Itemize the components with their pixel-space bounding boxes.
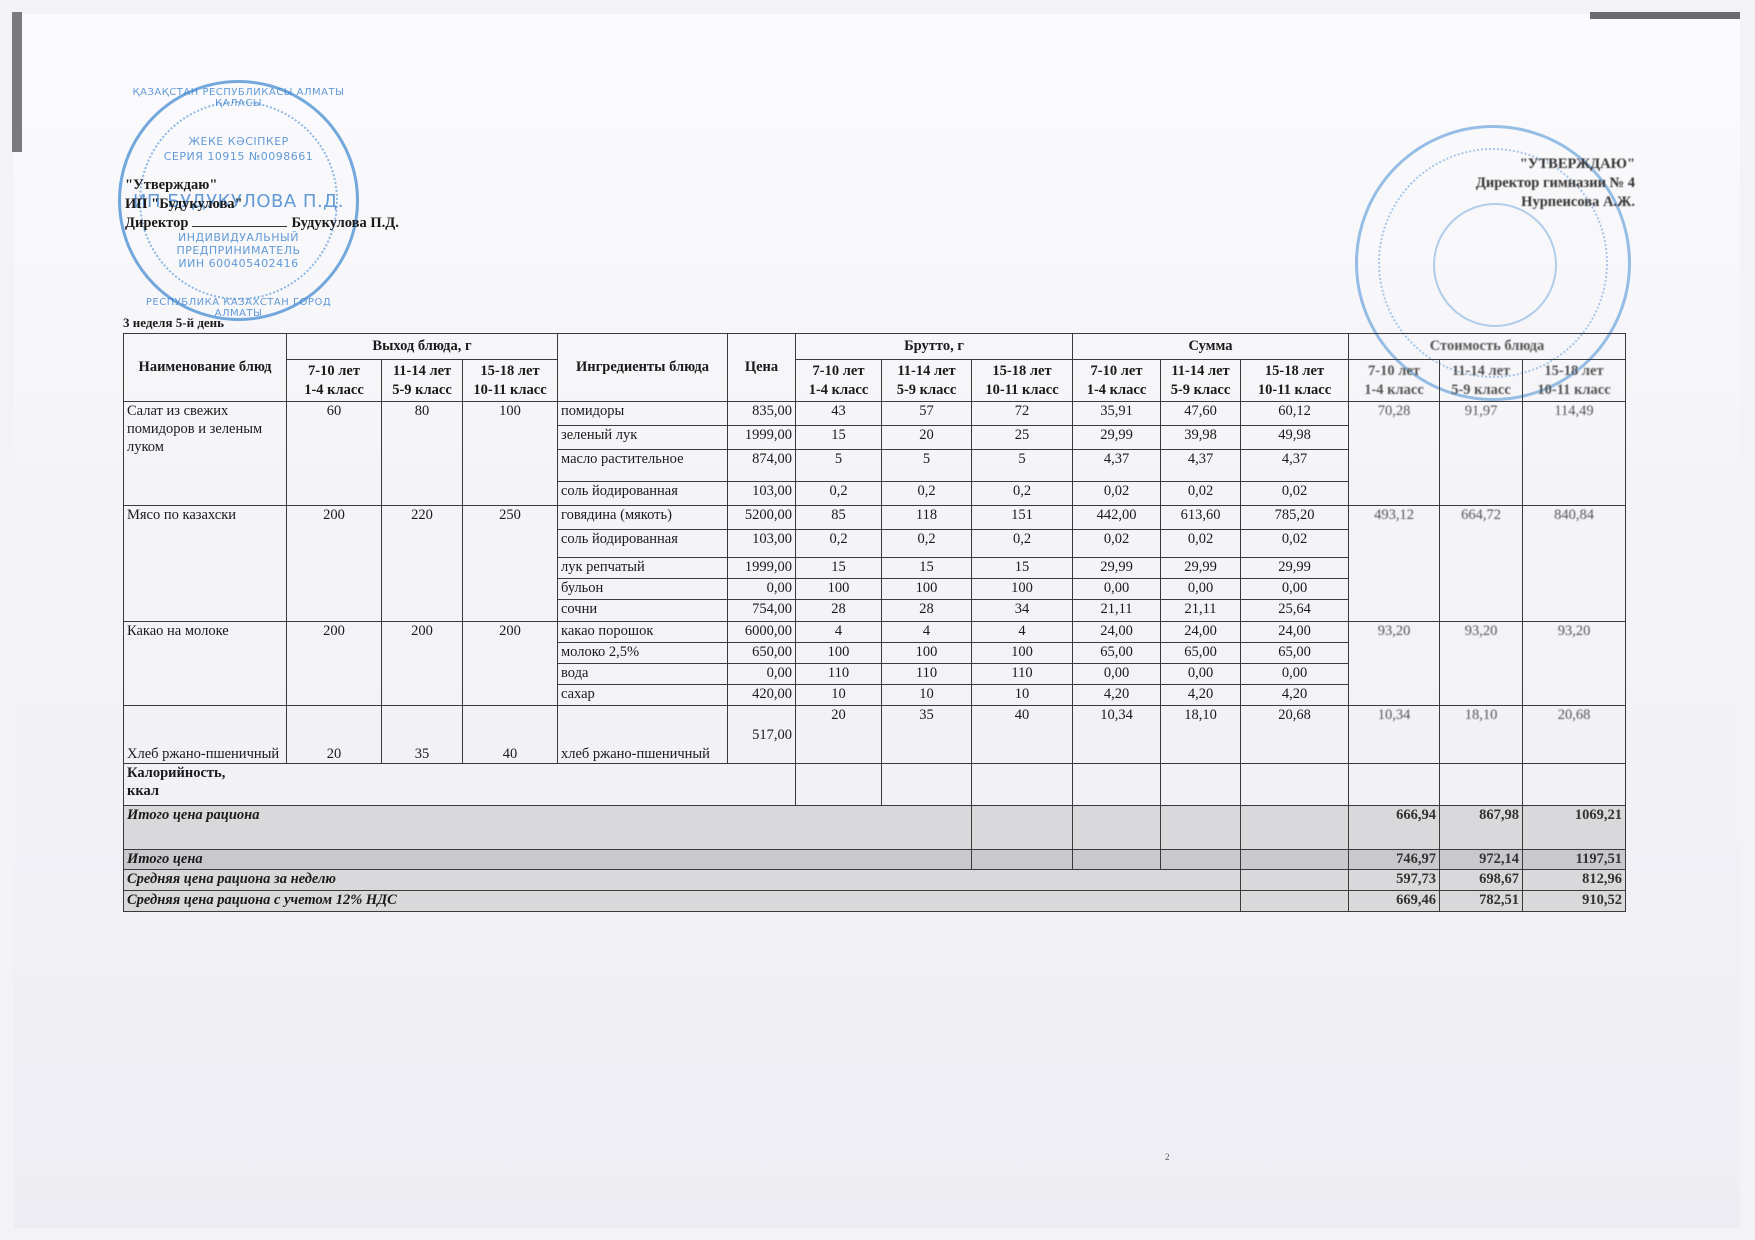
ingredient-sum: 29,99 (1073, 426, 1161, 450)
totals-empty (1241, 806, 1349, 850)
ingredient-brutto: 4 (972, 622, 1073, 643)
calories-value (796, 764, 882, 806)
ingredient-sum: 0,02 (1073, 530, 1161, 558)
totals-value: 1197,51 (1523, 850, 1626, 870)
ingredient-price: 103,00 (728, 482, 796, 506)
ingredient-brutto: 100 (972, 643, 1073, 664)
ingredient-sum: 0,00 (1161, 579, 1241, 600)
left-approval-title: "Утверждаю" (125, 176, 399, 195)
header-row-ages: 7-10 лет1-4 класс11-14 лет5-9 класс15-18… (124, 360, 1626, 402)
grade-range: 5-9 класс (385, 381, 459, 400)
ingredient-price: 0,00 (728, 664, 796, 685)
ingredient-price: 874,00 (728, 450, 796, 482)
left-approval-signature-line: ДиректорБудукулова П.Д. (125, 214, 399, 233)
ingredient-brutto: 0,2 (796, 482, 882, 506)
ingredient-sum: 613,60 (1161, 506, 1241, 530)
grade-range: 1-4 класс (799, 381, 878, 400)
dish-yield: 40 (463, 706, 558, 764)
ingredient-brutto: 100 (972, 579, 1073, 600)
calories-value (882, 764, 972, 806)
ingredient-name: хлеб ржано-пшеничный (558, 706, 728, 764)
ingredient-brutto: 118 (882, 506, 972, 530)
right-approval-name: Нурпеисова А.Ж. (1400, 193, 1635, 212)
ingredient-price: 103,00 (728, 530, 796, 558)
ingredient-brutto: 28 (796, 600, 882, 622)
table-row: Салат из свежих помидоров и зеленым луко… (124, 402, 1626, 426)
dish-yield: 20 (287, 706, 382, 764)
ingredient-sum: 0,02 (1073, 482, 1161, 506)
ingredient-name: соль йодированная (558, 482, 728, 506)
ingredient-sum: 65,00 (1073, 643, 1161, 664)
totals-row: Итого цена746,97972,141197,51 (124, 850, 1626, 870)
dish-yield: 200 (287, 622, 382, 706)
ingredient-sum: 0,00 (1161, 664, 1241, 685)
dish-yield: 250 (463, 506, 558, 622)
dish-yield: 100 (463, 402, 558, 506)
ingredient-brutto: 34 (972, 600, 1073, 622)
ingredient-sum: 65,00 (1161, 643, 1241, 664)
ingredient-name: какао порошок (558, 622, 728, 643)
totals-label: Итого цена (124, 850, 972, 870)
grade-range: 1-4 класс (290, 381, 378, 400)
ingredient-brutto: 0,2 (882, 530, 972, 558)
dish-name: Хлеб ржано-пшеничный (124, 706, 287, 764)
grade-range: 10-11 класс (1526, 381, 1622, 400)
totals-value: 669,46 (1349, 891, 1440, 912)
totals-row: Средняя цена рациона с учетом 12% НДС669… (124, 891, 1626, 912)
ingredient-brutto: 5 (972, 450, 1073, 482)
ingredient-brutto: 151 (972, 506, 1073, 530)
age-range: 11-14 лет (885, 362, 968, 381)
left-stamp-line5: ПРЕДПРИНИМАТЕЛЬ (121, 244, 356, 257)
totals-value: 597,73 (1349, 870, 1440, 891)
ingredient-sum: 24,00 (1161, 622, 1241, 643)
header-age-group: 7-10 лет1-4 класс (796, 360, 882, 402)
dish-yield: 80 (382, 402, 463, 506)
ingredient-brutto: 110 (972, 664, 1073, 685)
totals-empty (1161, 850, 1241, 870)
ingredient-brutto: 0,2 (972, 530, 1073, 558)
table-row: Мясо по казахски200220250говядина (мякот… (124, 506, 1626, 530)
ingredient-brutto: 10 (882, 685, 972, 706)
dish-cost: 70,28 (1349, 402, 1440, 506)
totals-value: 746,97 (1349, 850, 1440, 870)
ingredient-price: 5200,00 (728, 506, 796, 530)
ingredient-sum: 0,02 (1161, 530, 1241, 558)
ingredient-sum: 60,12 (1241, 402, 1349, 426)
totals-value: 867,98 (1440, 806, 1523, 850)
ingredient-brutto: 25 (972, 426, 1073, 450)
ingredient-brutto: 40 (972, 706, 1073, 764)
left-stamp-line2: СЕРИЯ 10915 №0098661 (121, 150, 356, 163)
ingredient-name: зеленый лук (558, 426, 728, 450)
age-range: 11-14 лет (385, 362, 459, 381)
ingredient-price: 1999,00 (728, 426, 796, 450)
dish-cost: 18,10 (1440, 706, 1523, 764)
menu-table: Наименование блюдВыход блюда, гИнгредиен… (123, 333, 1626, 912)
grade-range: 1-4 класс (1352, 381, 1436, 400)
ingredient-sum: 4,20 (1073, 685, 1161, 706)
totals-row: Итого цена рациона666,94867,981069,21 (124, 806, 1626, 850)
ingredient-brutto: 5 (796, 450, 882, 482)
totals-value: 666,94 (1349, 806, 1440, 850)
age-range: 15-18 лет (1526, 362, 1622, 381)
ingredient-price: 1999,00 (728, 558, 796, 579)
dish-cost: 91,97 (1440, 402, 1523, 506)
calories-label: Калорийность, ккал (124, 764, 796, 806)
header-sum-group: Сумма (1073, 334, 1349, 360)
ingredient-brutto: 100 (796, 579, 882, 600)
ingredient-name: соль йодированная (558, 530, 728, 558)
ingredient-sum: 0,00 (1241, 579, 1349, 600)
ingredient-brutto: 85 (796, 506, 882, 530)
left-approval-org: ИП "Будукулова" (125, 195, 399, 214)
ingredient-sum: 49,98 (1241, 426, 1349, 450)
ingredient-price: 6000,00 (728, 622, 796, 643)
header-row-groups: Наименование блюдВыход блюда, гИнгредиен… (124, 334, 1626, 360)
ingredient-sum: 4,20 (1241, 685, 1349, 706)
ingredient-sum: 20,68 (1241, 706, 1349, 764)
day-title: 3 неделя 5-й день (123, 315, 224, 331)
totals-value: 812,96 (1523, 870, 1626, 891)
ingredient-sum: 39,98 (1161, 426, 1241, 450)
totals-row: Средняя цена рациона за неделю597,73698,… (124, 870, 1626, 891)
ingredient-sum: 0,00 (1073, 579, 1161, 600)
left-stamp-line1: ЖЕКЕ КӘСІПКЕР (121, 135, 356, 148)
left-stamp-outer-text: ҚАЗАҚСТАН РЕСПУБЛИКАСЫ АЛМАТЫ ҚАЛАСЫ (121, 87, 356, 109)
ingredient-sum: 0,02 (1241, 530, 1349, 558)
dish-cost: 114,49 (1523, 402, 1626, 506)
header-age-group: 11-14 лет5-9 класс (382, 360, 463, 402)
ingredient-name: помидоры (558, 402, 728, 426)
left-stamp-line6: ИИН 600405402416 (121, 257, 356, 270)
ingredient-sum: 18,10 (1161, 706, 1241, 764)
header-age-group: 15-18 лет10-11 класс (1523, 360, 1626, 402)
ingredient-name: молоко 2,5% (558, 643, 728, 664)
age-range: 15-18 лет (1244, 362, 1345, 381)
totals-value: 782,51 (1440, 891, 1523, 912)
page-number: 2 (1165, 1152, 1170, 1162)
calories-row: Калорийность, ккал (124, 764, 1626, 806)
age-range: 7-10 лет (1076, 362, 1157, 381)
scan-edge-left (12, 12, 22, 152)
header-price: Цена (728, 334, 796, 402)
dish-cost: 20,68 (1523, 706, 1626, 764)
header-age-group: 11-14 лет5-9 класс (882, 360, 972, 402)
dish-yield: 200 (287, 506, 382, 622)
ingredient-brutto: 5 (882, 450, 972, 482)
ingredient-sum: 10,34 (1073, 706, 1161, 764)
age-range: 7-10 лет (799, 362, 878, 381)
ingredient-brutto: 4 (882, 622, 972, 643)
grade-range: 5-9 класс (1164, 381, 1237, 400)
totals-empty (1241, 850, 1349, 870)
totals-value: 698,67 (1440, 870, 1523, 891)
dish-cost: 93,20 (1523, 622, 1626, 706)
dish-cost: 93,20 (1349, 622, 1440, 706)
totals-label: Средняя цена рациона с учетом 12% НДС (124, 891, 1241, 912)
grade-range: 10-11 класс (1244, 381, 1345, 400)
ingredient-sum: 4,20 (1161, 685, 1241, 706)
totals-empty (1241, 870, 1349, 891)
totals-value: 910,52 (1523, 891, 1626, 912)
ingredient-price: 420,00 (728, 685, 796, 706)
ingredient-brutto: 28 (882, 600, 972, 622)
header-age-group: 7-10 лет1-4 класс (1349, 360, 1440, 402)
totals-label: Средняя цена рациона за неделю (124, 870, 1241, 891)
ingredient-brutto: 20 (882, 426, 972, 450)
ingredient-sum: 29,99 (1073, 558, 1161, 579)
header-age-group: 11-14 лет5-9 класс (1161, 360, 1241, 402)
ingredient-sum: 25,64 (1241, 600, 1349, 622)
calories-value (1161, 764, 1241, 806)
ingredient-brutto: 110 (882, 664, 972, 685)
totals-value: 1069,21 (1523, 806, 1626, 850)
dish-cost: 493,12 (1349, 506, 1440, 622)
ingredient-sum: 0,02 (1161, 482, 1241, 506)
ingredient-brutto: 10 (796, 685, 882, 706)
ingredient-name: лук репчатый (558, 558, 728, 579)
header-age-group: 11-14 лет5-9 класс (1440, 360, 1523, 402)
ingredient-sum: 35,91 (1073, 402, 1161, 426)
ingredient-brutto: 72 (972, 402, 1073, 426)
age-range: 15-18 лет (975, 362, 1069, 381)
ingredient-brutto: 15 (796, 426, 882, 450)
dish-cost: 93,20 (1440, 622, 1523, 706)
ingredient-sum: 0,00 (1073, 664, 1161, 685)
ingredient-name: сочни (558, 600, 728, 622)
ingredient-price: 517,00 (728, 706, 796, 764)
totals-empty (1073, 850, 1161, 870)
ingredient-name: масло растительное (558, 450, 728, 482)
ingredient-name: говядина (мякоть) (558, 506, 728, 530)
calories-value (1241, 764, 1349, 806)
ingredient-brutto: 15 (882, 558, 972, 579)
header-dish-name: Наименование блюд (124, 334, 287, 402)
ingredient-brutto: 100 (882, 643, 972, 664)
ingredient-sum: 21,11 (1073, 600, 1161, 622)
ingredient-sum: 29,99 (1241, 558, 1349, 579)
grade-range: 5-9 класс (1443, 381, 1519, 400)
dish-cost: 664,72 (1440, 506, 1523, 622)
grade-range: 10-11 класс (975, 381, 1069, 400)
header-age-group: 15-18 лет10-11 класс (463, 360, 558, 402)
header-brutto-group: Брутто, г (796, 334, 1073, 360)
ingredient-sum: 47,60 (1161, 402, 1241, 426)
ingredient-sum: 24,00 (1073, 622, 1161, 643)
ingredient-price: 754,00 (728, 600, 796, 622)
ingredient-brutto: 20 (796, 706, 882, 764)
ingredient-price: 0,00 (728, 579, 796, 600)
ingredient-sum: 4,37 (1161, 450, 1241, 482)
dish-name: Мясо по казахски (124, 506, 287, 622)
ingredient-sum: 0,02 (1241, 482, 1349, 506)
grade-range: 5-9 класс (885, 381, 968, 400)
ingredient-brutto: 100 (882, 579, 972, 600)
dish-yield: 200 (463, 622, 558, 706)
totals-empty (1073, 806, 1161, 850)
ingredient-sum: 442,00 (1073, 506, 1161, 530)
ingredient-brutto: 100 (796, 643, 882, 664)
state-emblem-icon (1433, 203, 1557, 327)
dish-name: Салат из свежих помидоров и зеленым луко… (124, 402, 287, 506)
right-approval-block: "УТВЕРЖДАЮ" Директор гимназии № 4 Нурпеи… (1400, 155, 1635, 212)
ingredient-brutto: 0,2 (882, 482, 972, 506)
age-range: 15-18 лет (466, 362, 554, 381)
ingredient-price: 650,00 (728, 643, 796, 664)
ingredient-brutto: 43 (796, 402, 882, 426)
dish-yield: 200 (382, 622, 463, 706)
header-cost-group: Стоимость блюда (1349, 334, 1626, 360)
calories-value (1440, 764, 1523, 806)
ingredient-brutto: 0,2 (972, 482, 1073, 506)
grade-range: 10-11 класс (466, 381, 554, 400)
header-age-group: 7-10 лет1-4 класс (287, 360, 382, 402)
ingredient-name: вода (558, 664, 728, 685)
ingredient-brutto: 10 (972, 685, 1073, 706)
ingredient-sum: 21,11 (1161, 600, 1241, 622)
ingredient-sum: 4,37 (1073, 450, 1161, 482)
ingredient-sum: 24,00 (1241, 622, 1349, 643)
calories-value (972, 764, 1073, 806)
header-yield-group: Выход блюда, г (287, 334, 558, 360)
totals-empty (972, 850, 1073, 870)
ingredient-price: 835,00 (728, 402, 796, 426)
header-age-group: 15-18 лет10-11 класс (972, 360, 1073, 402)
ingredient-sum: 4,37 (1241, 450, 1349, 482)
header-age-group: 15-18 лет10-11 класс (1241, 360, 1349, 402)
ingredient-sum: 29,99 (1161, 558, 1241, 579)
ingredient-sum: 785,20 (1241, 506, 1349, 530)
scan-edge-top (1590, 12, 1740, 19)
age-range: 11-14 лет (1443, 362, 1519, 381)
signature-line (192, 226, 287, 227)
calories-value (1349, 764, 1440, 806)
calories-value (1523, 764, 1626, 806)
age-range: 7-10 лет (290, 362, 378, 381)
dish-yield: 35 (382, 706, 463, 764)
dish-cost: 840,84 (1523, 506, 1626, 622)
table-row: Хлеб ржано-пшеничный203540хлеб ржано-пше… (124, 706, 1626, 764)
ingredient-name: бульон (558, 579, 728, 600)
right-approval-role: Директор гимназии № 4 (1400, 174, 1635, 193)
ingredient-sum: 0,00 (1241, 664, 1349, 685)
grade-range: 1-4 класс (1076, 381, 1157, 400)
totals-value: 972,14 (1440, 850, 1523, 870)
calories-value (1073, 764, 1161, 806)
totals-label: Итого цена рациона (124, 806, 972, 850)
ingredient-sum: 65,00 (1241, 643, 1349, 664)
header-ingredients: Ингредиенты блюда (558, 334, 728, 402)
dish-yield: 60 (287, 402, 382, 506)
left-approval-name: Будукулова П.Д. (291, 215, 398, 231)
ingredient-brutto: 15 (796, 558, 882, 579)
ingredient-brutto: 15 (972, 558, 1073, 579)
dish-cost: 10,34 (1349, 706, 1440, 764)
totals-empty (1161, 806, 1241, 850)
dish-yield: 220 (382, 506, 463, 622)
header-age-group: 7-10 лет1-4 класс (1073, 360, 1161, 402)
table-row: Какао на молоке200200200какао порошок600… (124, 622, 1626, 643)
ingredient-brutto: 57 (882, 402, 972, 426)
totals-empty (1241, 891, 1349, 912)
age-range: 11-14 лет (1164, 362, 1237, 381)
ingredient-name: сахар (558, 685, 728, 706)
age-range: 7-10 лет (1352, 362, 1436, 381)
ingredient-brutto: 0,2 (796, 530, 882, 558)
dish-name: Какао на молоке (124, 622, 287, 706)
right-approval-title: "УТВЕРЖДАЮ" (1400, 155, 1635, 174)
ingredient-brutto: 35 (882, 706, 972, 764)
totals-empty (972, 806, 1073, 850)
left-approval-block: "Утверждаю" ИП "Будукулова" ДиректорБуду… (125, 176, 399, 233)
ingredient-brutto: 4 (796, 622, 882, 643)
ingredient-brutto: 110 (796, 664, 882, 685)
left-approval-role: Директор (125, 215, 188, 231)
